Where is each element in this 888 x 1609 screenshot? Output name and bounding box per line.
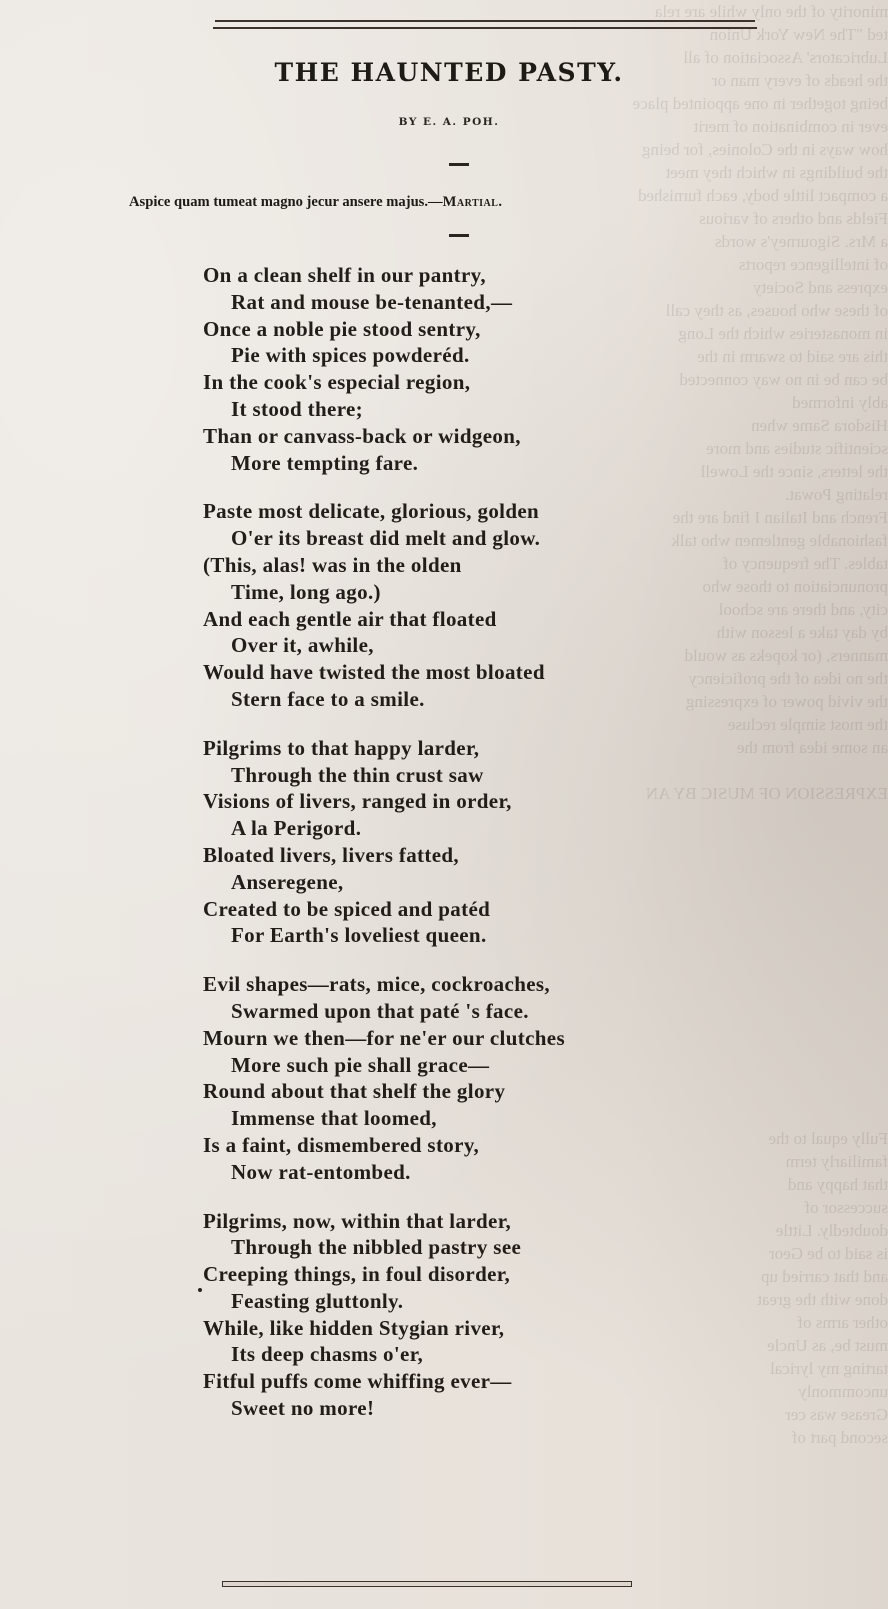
verse-line: Stern face to a smile. — [203, 686, 723, 713]
verse-line: And each gentle air that floated — [203, 606, 723, 633]
epigraph-text: Aspice quam tumeat magno jecur ansere ma… — [129, 194, 428, 210]
verse-line: Pilgrims to that happy larder, — [203, 735, 723, 762]
verse-line: O'er its breast did melt and glow. — [203, 525, 723, 552]
epigraph: Aspice quam tumeat magno jecur ansere ma… — [129, 194, 789, 211]
verse-line: Now rat-entombed. — [203, 1159, 723, 1186]
verse-line: Paste most delicate, glorious, golden — [203, 498, 723, 525]
verse-line: It stood there; — [203, 396, 723, 423]
poem-title: THE HAUNTED PASTY. — [0, 58, 888, 87]
verse-line: While, like hidden Stygian river, — [203, 1315, 723, 1342]
top-double-rule-upper — [215, 20, 755, 22]
verse-line: Sweet no more! — [203, 1395, 723, 1422]
verse-line: Is a faint, dismembered story, — [203, 1132, 723, 1159]
verse-line: Feasting gluttonly. — [203, 1288, 723, 1315]
verse-line: Mourn we then—for ne'er our clutches — [203, 1025, 723, 1052]
bleed-through-line: a Mrs. Sigourney's words — [620, 230, 888, 253]
verse-line: Over it, awhile, — [203, 632, 723, 659]
stanza-gap — [203, 713, 723, 735]
verse-line: Pie with spices powderéd. — [203, 342, 723, 369]
verse-line: Through the nibbled pastry see — [203, 1234, 723, 1261]
verse-line: Creeping things, in foul disorder, — [203, 1261, 723, 1288]
verse-line: Bloated livers, livers fatted, — [203, 842, 723, 869]
verse-line: Swarmed upon that paté 's face. — [203, 998, 723, 1025]
verse-line: Immense that loomed, — [203, 1105, 723, 1132]
stanza-gap — [203, 949, 723, 971]
stanza-gap — [203, 476, 723, 498]
top-double-rule-lower — [213, 27, 757, 29]
verse-line: Rat and mouse be-tenanted,— — [203, 289, 723, 316]
bleed-through-line: the buildings in which they meet — [620, 161, 888, 184]
verse-line: A la Perigord. — [203, 815, 723, 842]
verse-line: Visions of livers, ranged in order, — [203, 788, 723, 815]
epigraph-attribution: Martial. — [443, 194, 503, 210]
verse-line: Evil shapes—rats, mice, cockroaches, — [203, 971, 723, 998]
verse-line: Fitful puffs come whiffing ever— — [203, 1368, 723, 1395]
verse-line: Once a noble pie stood sentry, — [203, 316, 723, 343]
verse-line: (This, alas! was in the olden — [203, 552, 723, 579]
ornament-dash-upper — [449, 163, 469, 166]
bottom-double-rule — [222, 1581, 632, 1587]
verse-line: For Earth's loveliest queen. — [203, 922, 723, 949]
verse-line: Anseregene, — [203, 869, 723, 896]
verse-line: Through the thin crust saw — [203, 762, 723, 789]
stanza-1: On a clean shelf in our pantry, Rat and … — [203, 262, 723, 476]
poem-byline: BY E. A. POH. — [0, 116, 888, 128]
verse-line: Round about that shelf the glory — [203, 1078, 723, 1105]
ink-speck — [198, 1288, 202, 1292]
stanza-5: Pilgrims, now, within that larder, Throu… — [203, 1208, 723, 1422]
verse-line: Time, long ago.) — [203, 579, 723, 606]
verse-line: Than or canvass-back or widgeon, — [203, 423, 723, 450]
bleed-through-line: second part of — [620, 1426, 888, 1449]
stanza-gap — [203, 1186, 723, 1208]
stanza-3: Pilgrims to that happy larder, Through t… — [203, 735, 723, 949]
verse-line: On a clean shelf in our pantry, — [203, 262, 723, 289]
bleed-through-line: being together in one appointed place — [620, 92, 888, 115]
verse-line: Its deep chasms o'er, — [203, 1341, 723, 1368]
verse-line: More such pie shall grace— — [203, 1052, 723, 1079]
verse-line: In the cook's especial region, — [203, 369, 723, 396]
newspaper-page: minority of the only while are related "… — [0, 0, 888, 1609]
ornament-dash-lower — [449, 234, 469, 237]
verse-line: More tempting fare. — [203, 450, 723, 477]
stanza-4: Evil shapes—rats, mice, cockroaches, Swa… — [203, 971, 723, 1185]
verse-line: Created to be spiced and patéd — [203, 896, 723, 923]
epigraph-dash: — — [428, 194, 443, 210]
bleed-through-line: how ways in the Colonies, for being — [620, 138, 888, 161]
stanza-2: Paste most delicate, glorious, golden O'… — [203, 498, 723, 712]
poem-body: On a clean shelf in our pantry, Rat and … — [203, 262, 723, 1422]
verse-line: Would have twisted the most bloated — [203, 659, 723, 686]
verse-line: Pilgrims, now, within that larder, — [203, 1208, 723, 1235]
